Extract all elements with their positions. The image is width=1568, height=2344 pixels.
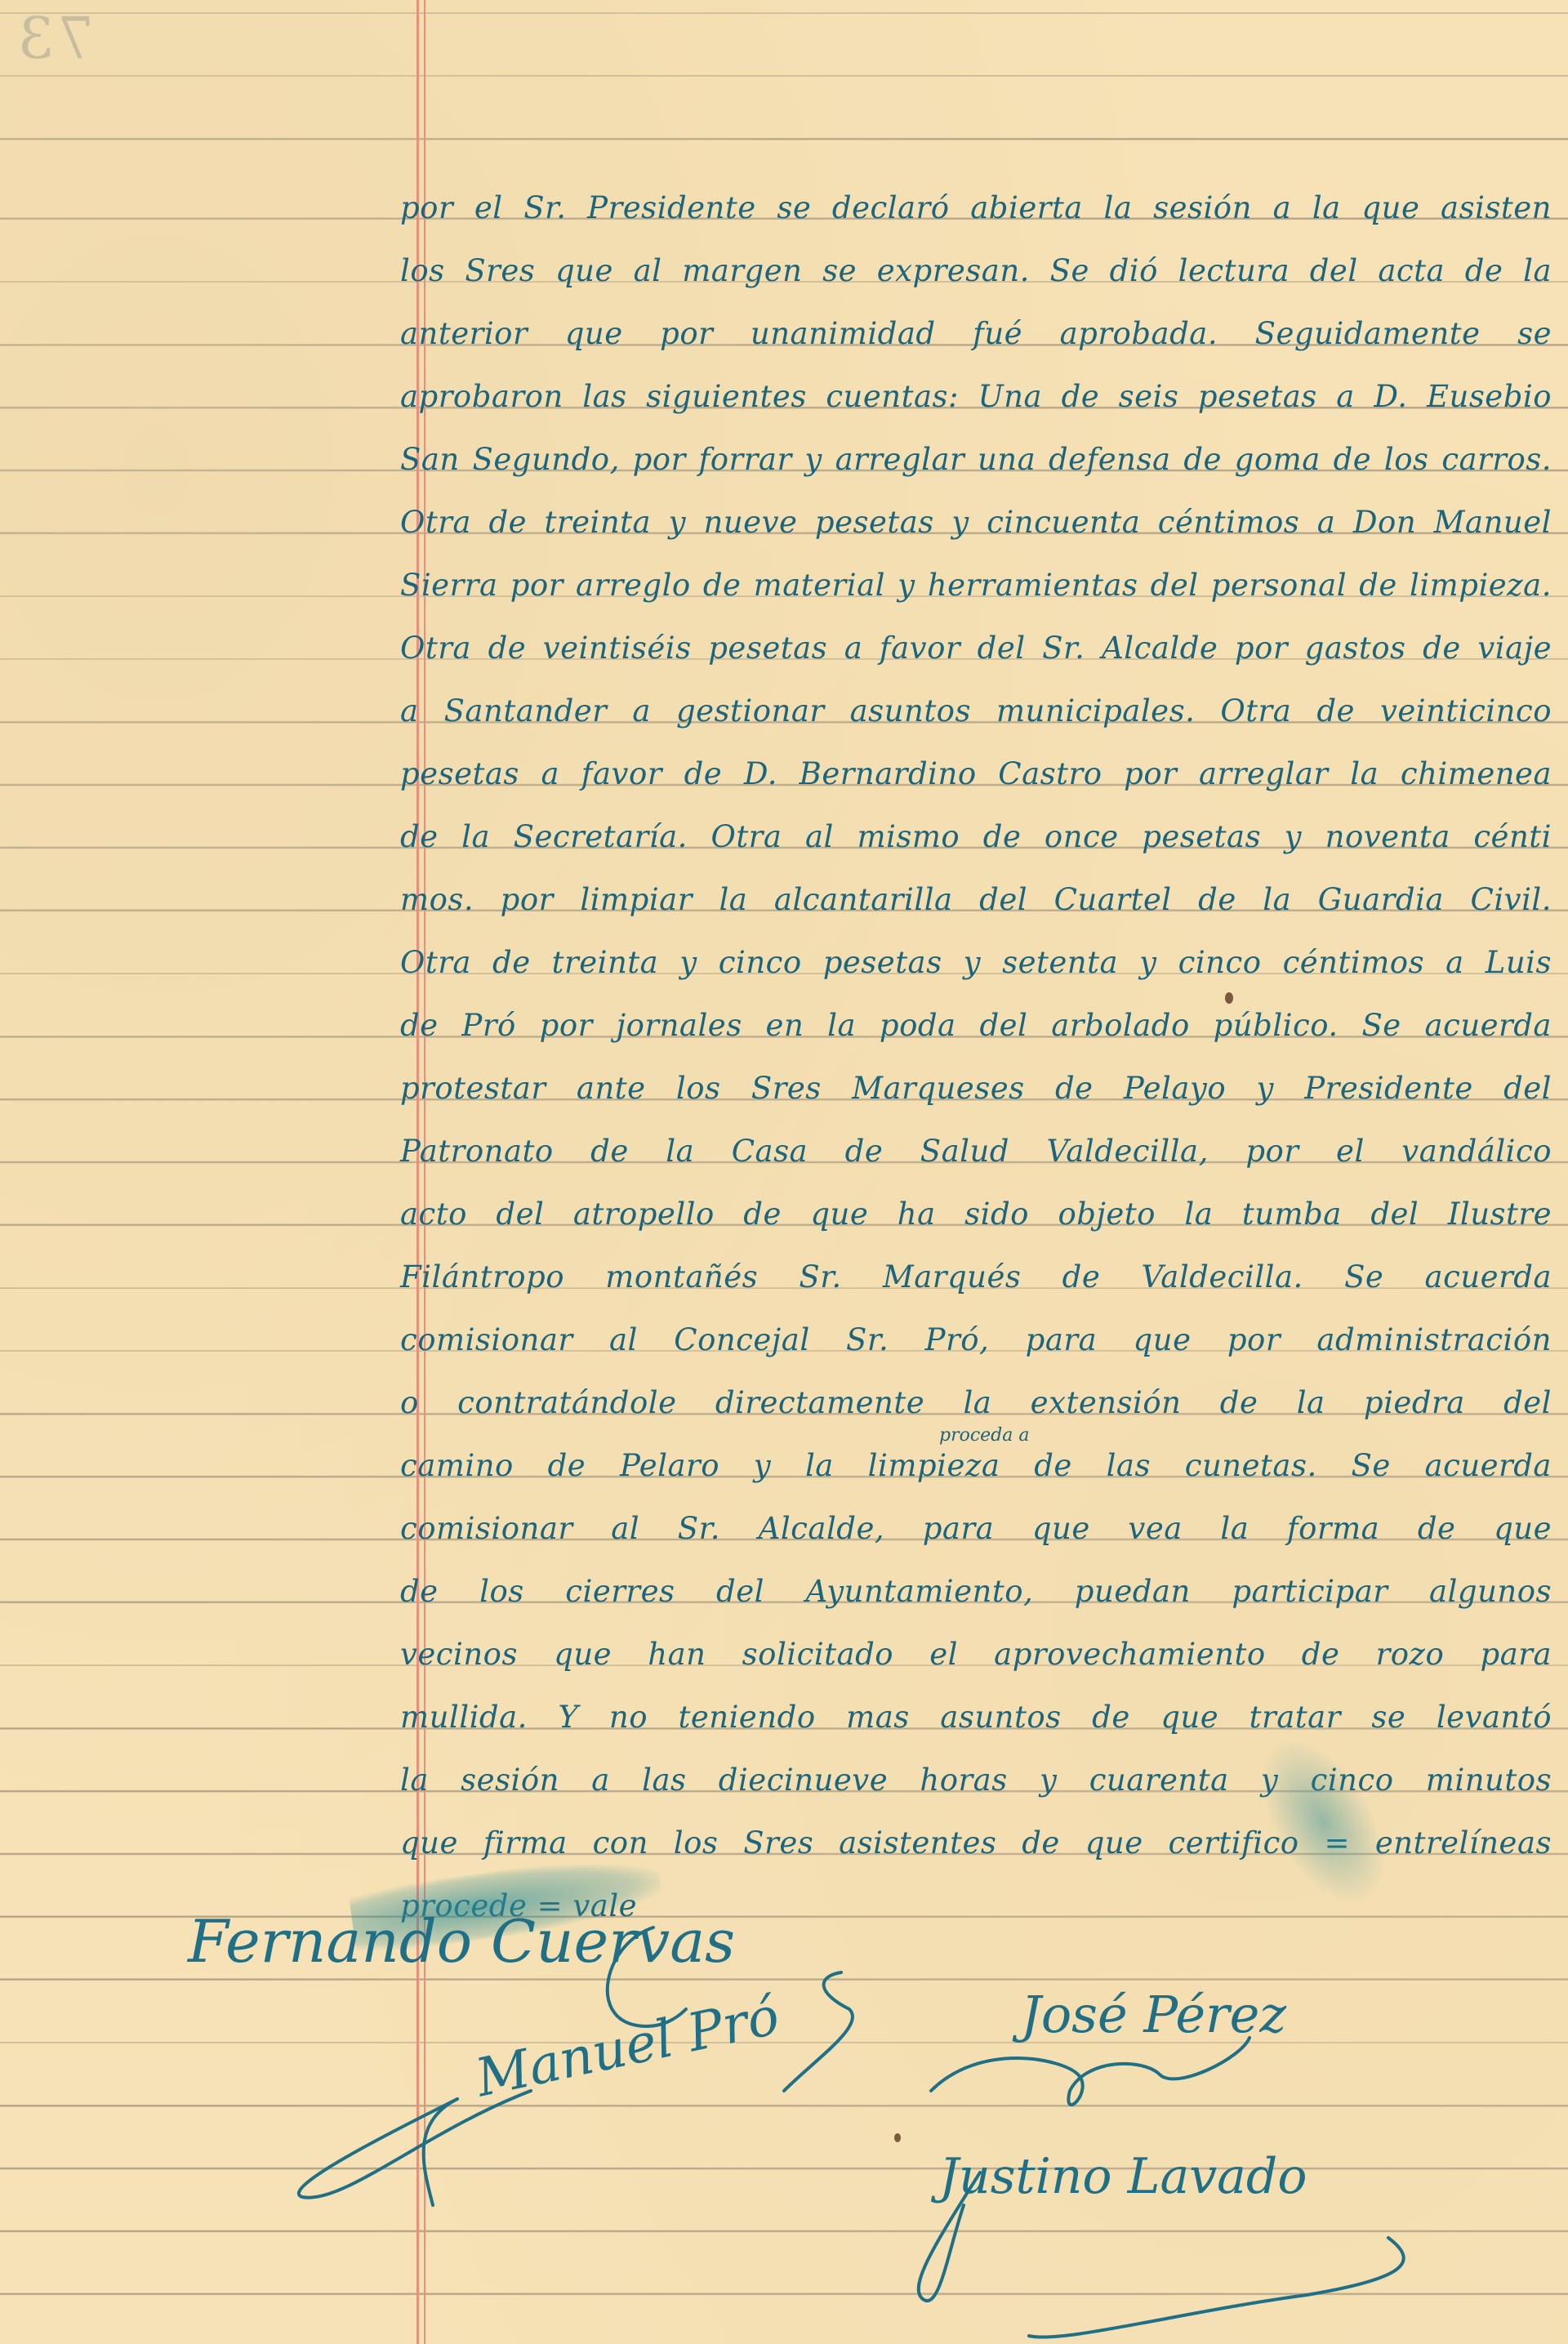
signature-justino-lavado: Justino Lavado [939,2148,1307,2205]
signature-flourishes [0,0,1568,2344]
signature-fernando-cuervas: Fernando Cuervas [188,1907,735,1976]
signature-jose-perez: José Pérez [1021,1985,1286,2044]
